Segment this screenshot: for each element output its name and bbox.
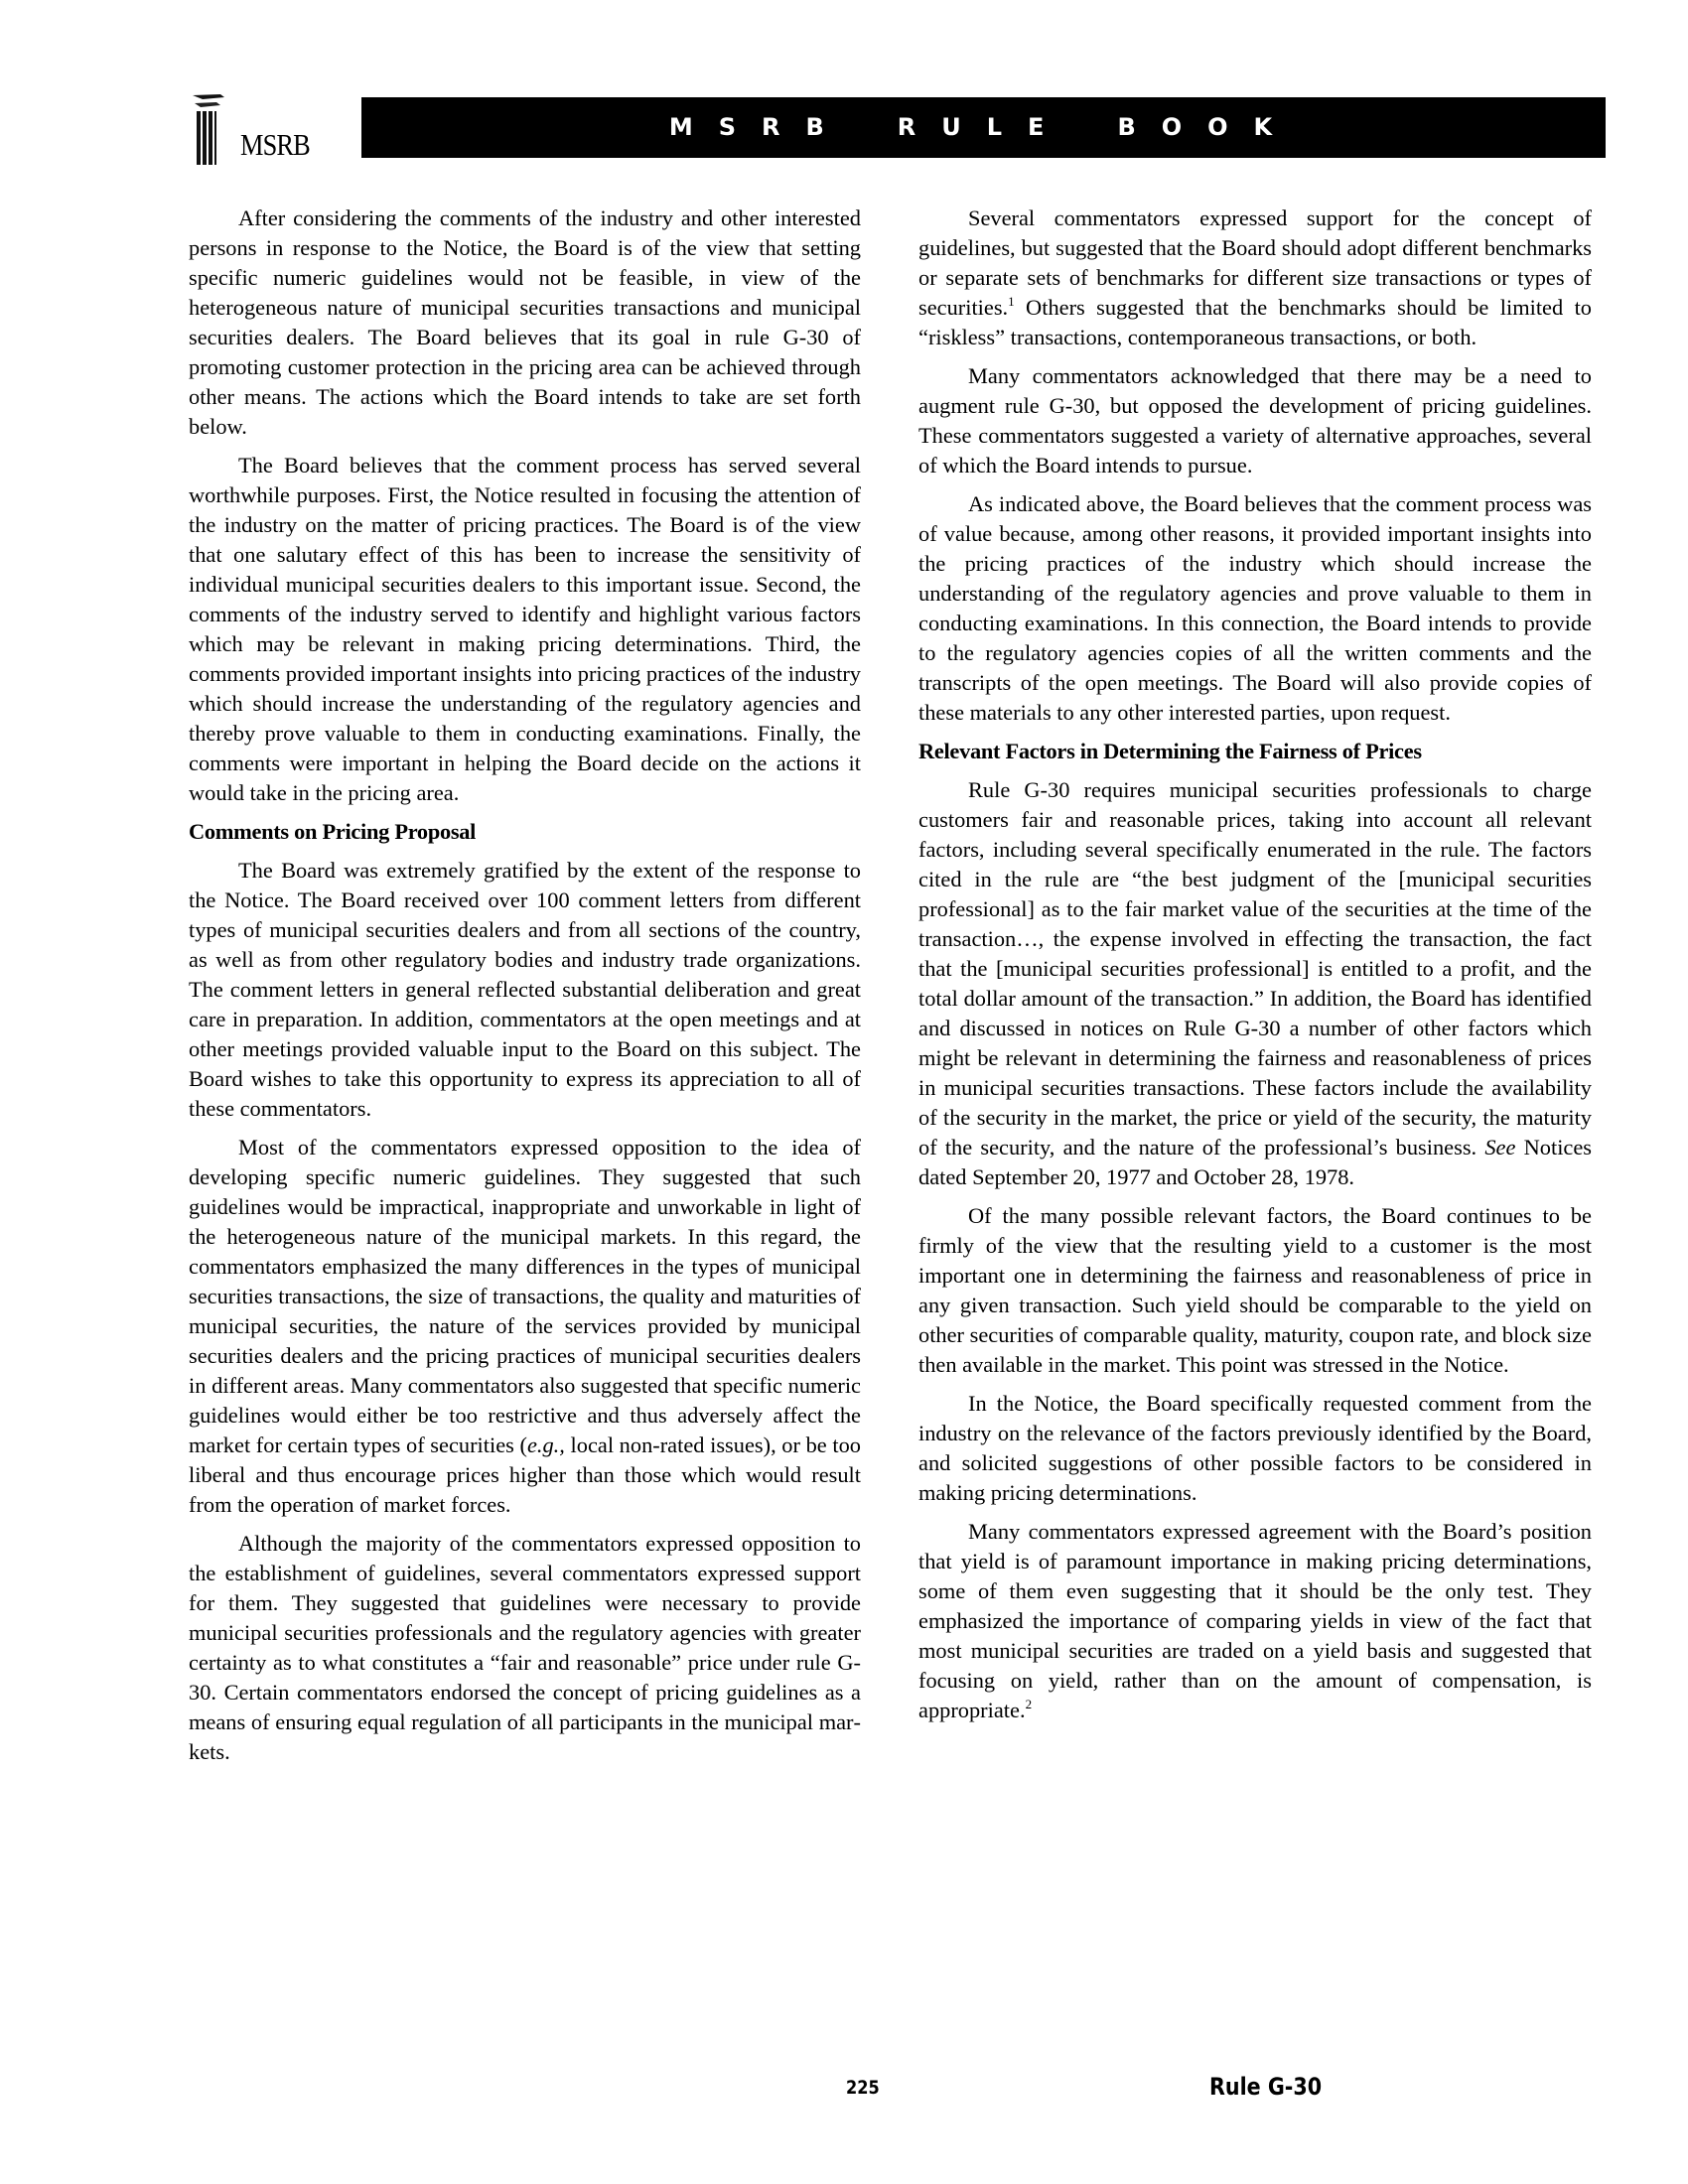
italic-text: e.g., [527, 1433, 565, 1457]
header-word: BOOK [1117, 97, 1298, 158]
paragraph: After considering the comments of the in… [189, 204, 861, 442]
paragraph: Although the majority of the commentator… [189, 1529, 861, 1767]
paragraph: In the Notice, the Board specifically re… [918, 1389, 1592, 1508]
paragraph: Rule G-30 requires municipal securities … [918, 775, 1592, 1192]
italic-text: See [1484, 1135, 1515, 1160]
header-word: MSRB [669, 97, 850, 158]
text-run: Others suggested that the benchmarks sho… [918, 295, 1592, 349]
header-word: RULE [898, 97, 1070, 158]
section-heading: Comments on Pricing Proposal [189, 817, 861, 847]
paragraph: As indicated above, the Board believes t… [918, 489, 1592, 728]
header-banner: MSRBRULEBOOK [361, 97, 1606, 158]
text-run: Many commentators expressed agreement wi… [918, 1519, 1592, 1722]
paragraph: Many commentators expressed agreement wi… [918, 1517, 1592, 1725]
logo-wordmark: MSRB [240, 129, 310, 161]
header-title: MSRBRULEBOOK [361, 97, 1606, 158]
page-number: 225 [846, 2077, 880, 2099]
text-run: Rule G-30 requires municipal securities … [918, 777, 1592, 1160]
column-pillar-icon [191, 91, 236, 167]
paragraph: Of the many possible relevant factors, t… [918, 1201, 1592, 1380]
footnote-ref: 2 [1026, 1697, 1033, 1711]
section-heading: Relevant Factors in Determining the Fair… [918, 737, 1592, 766]
msrb-logo: MSRB [191, 91, 340, 167]
left-column: After considering the comments of the in… [189, 204, 861, 1776]
text-run: Most of the commentators expressed oppos… [189, 1135, 861, 1457]
paragraph: Several commentators expressed support f… [918, 204, 1592, 352]
paragraph: The Board believes that the comment proc… [189, 451, 861, 808]
paragraph: The Board was extremely gratified by the… [189, 856, 861, 1124]
rule-label: Rule G-30 [1209, 2073, 1322, 2101]
paragraph: Many commentators acknowledged that ther… [918, 361, 1592, 480]
paragraph: Most of the commentators expressed oppos… [189, 1133, 861, 1520]
right-column: Several commentators expressed support f… [918, 204, 1592, 1734]
